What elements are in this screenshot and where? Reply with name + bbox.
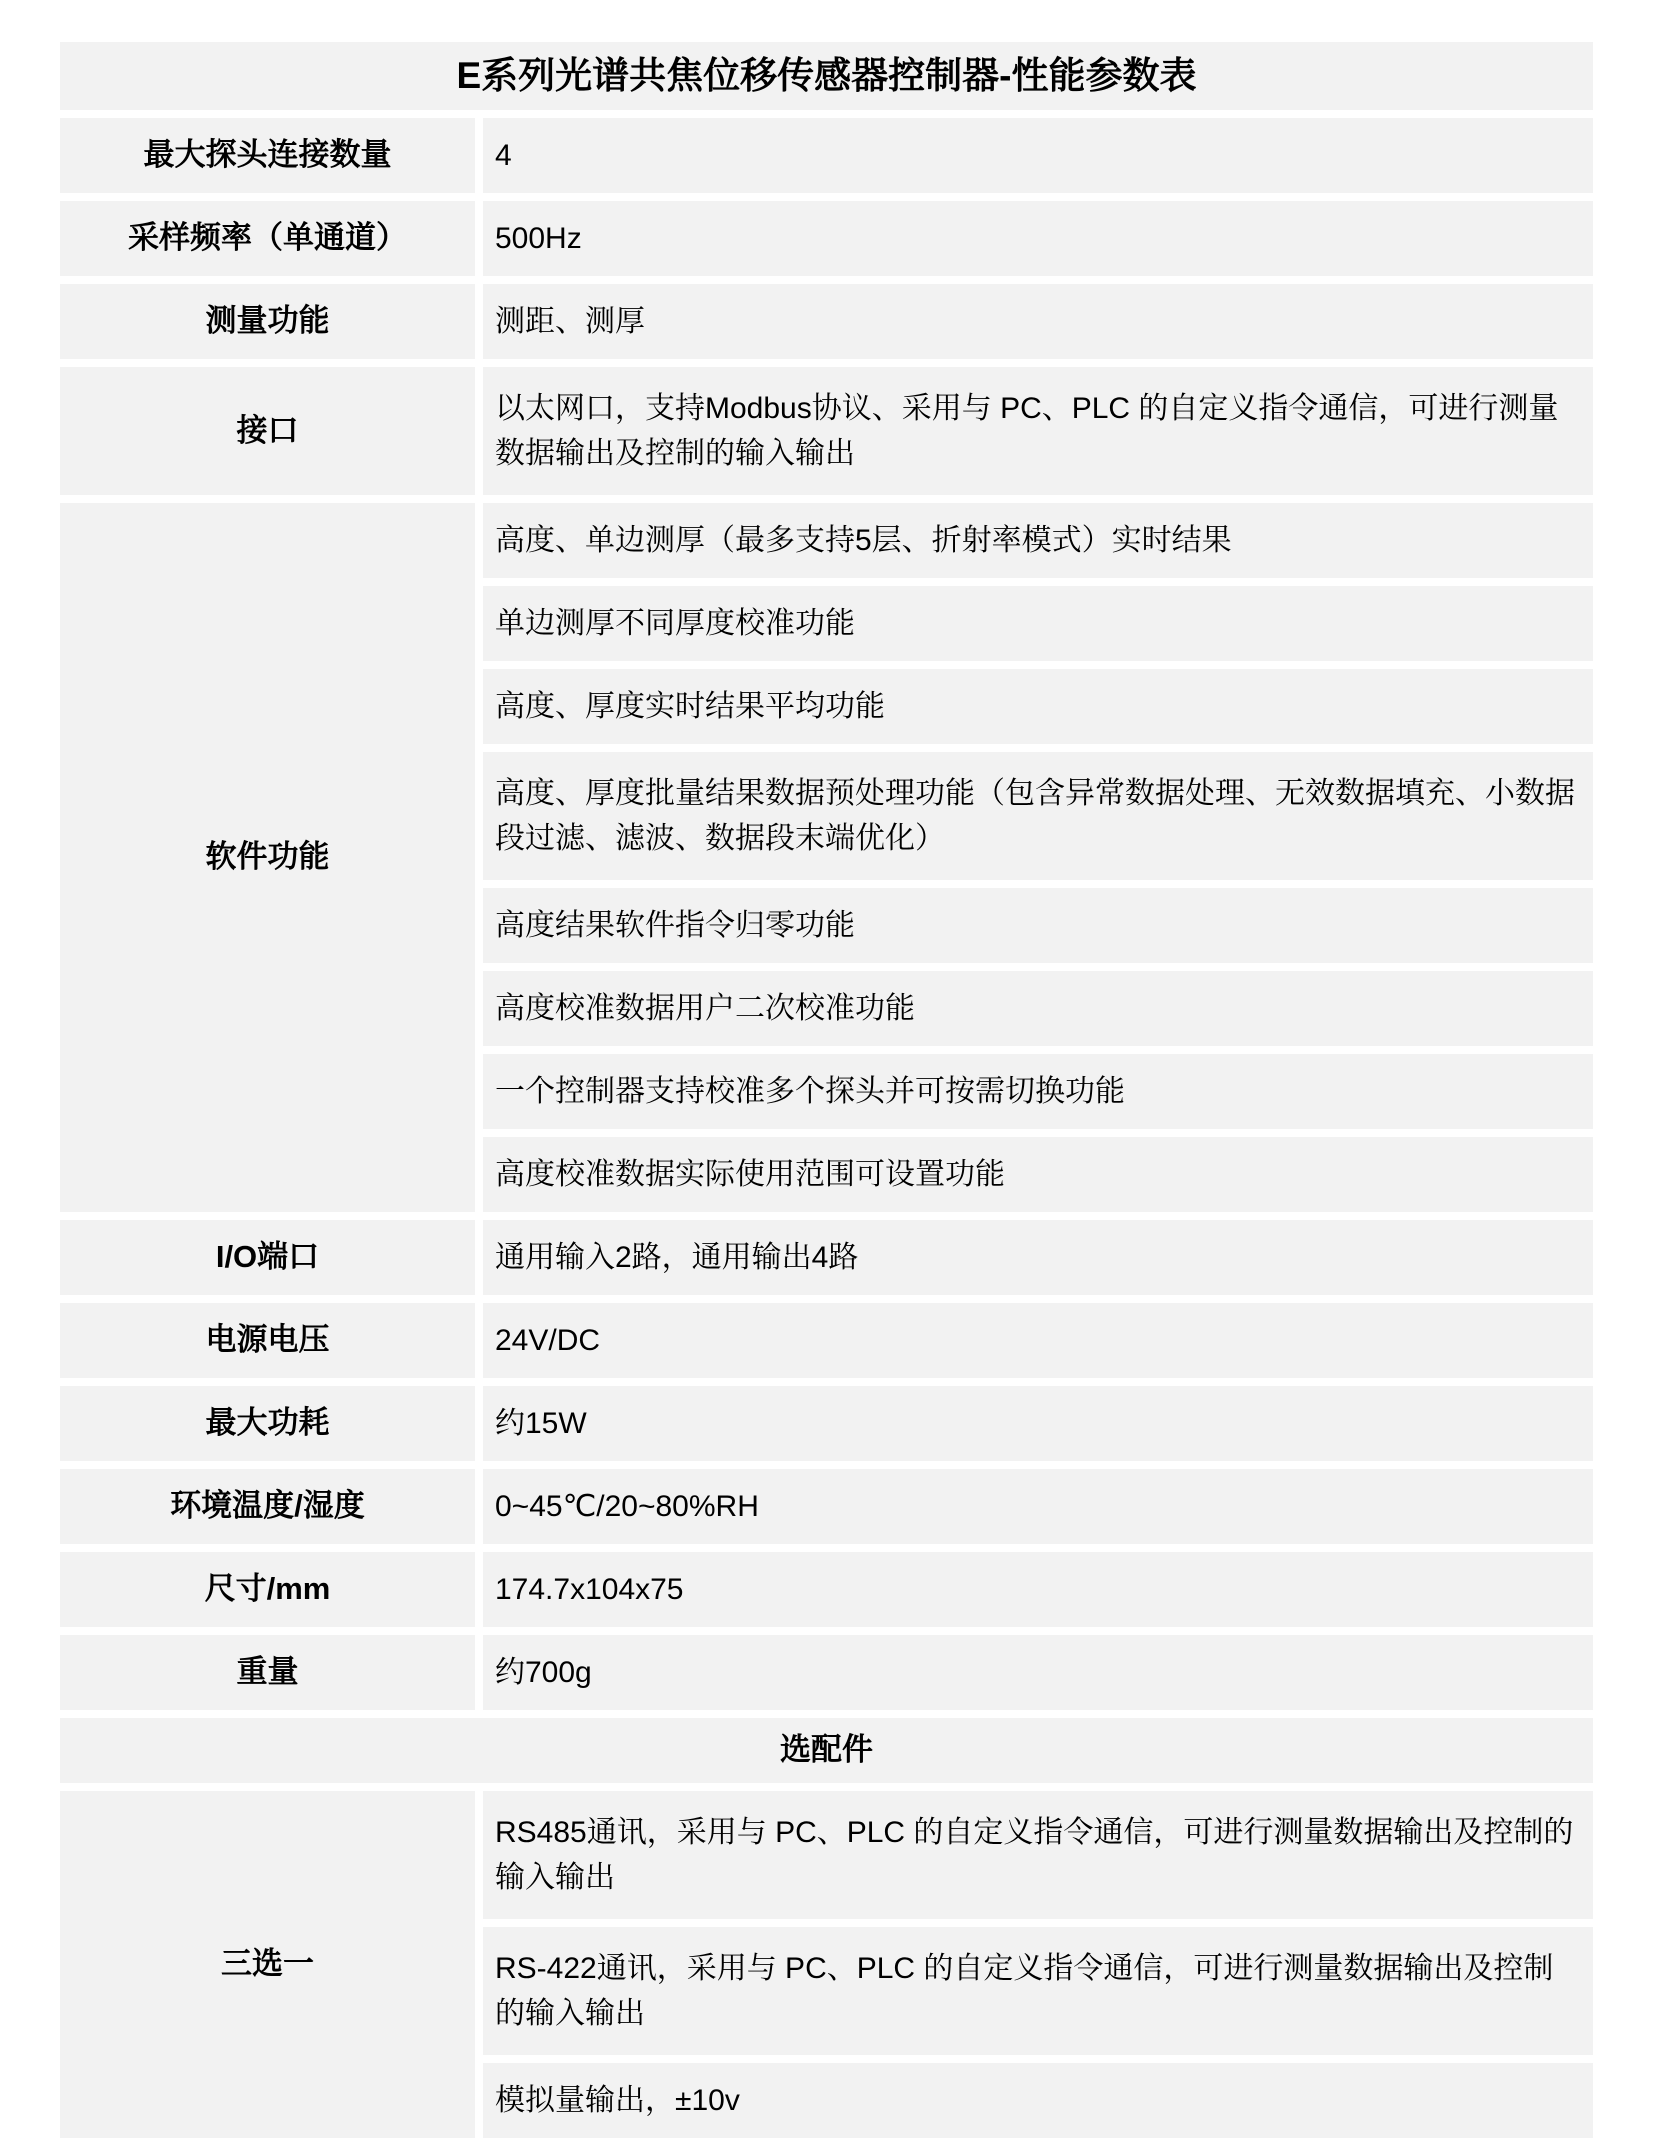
- option-item-analog-output: 模拟量输出，±10v: [483, 2063, 1593, 2138]
- software-feature-item: 高度、单边测厚（最多支持5层、折射率模式）实时结果: [483, 503, 1593, 578]
- accessories-header: 选配件: [60, 1718, 1593, 1783]
- row-label-sample-rate: 采样频率（单通道）: [60, 201, 475, 276]
- title-row: E系列光谱共焦位移传感器控制器-性能参数表: [60, 42, 1593, 110]
- row-label-three-choose-one: 三选一: [60, 1791, 475, 2138]
- table-row: 电源电压 24V/DC: [60, 1303, 1593, 1378]
- table-row: 测量功能 测距、测厚: [60, 284, 1593, 359]
- table-row: 环境温度/湿度 0~45℃/20~80%RH: [60, 1469, 1593, 1544]
- row-label-max-power: 最大功耗: [60, 1386, 475, 1461]
- option-item-rs485: RS485通讯，采用与 PC、PLC 的自定义指令通信，可进行测量数据输出及控制…: [483, 1791, 1593, 1919]
- software-feature-item: 高度、厚度实时结果平均功能: [483, 669, 1593, 744]
- row-value-supply-voltage: 24V/DC: [483, 1303, 1593, 1378]
- table-row: 软件功能 高度、单边测厚（最多支持5层、折射率模式）实时结果: [60, 503, 1593, 578]
- row-label-supply-voltage: 电源电压: [60, 1303, 475, 1378]
- spec-table: E系列光谱共焦位移传感器控制器-性能参数表 最大探头连接数量 4 采样频率（单通…: [52, 34, 1601, 2146]
- section-header-row: 选配件: [60, 1718, 1593, 1783]
- row-value-sample-rate: 500Hz: [483, 201, 1593, 276]
- software-feature-item: 高度校准数据实际使用范围可设置功能: [483, 1137, 1593, 1212]
- row-label-measure-functions: 测量功能: [60, 284, 475, 359]
- table-row: 最大功耗 约15W: [60, 1386, 1593, 1461]
- row-label-io-ports: I/O端口: [60, 1220, 475, 1295]
- row-value-weight: 约700g: [483, 1635, 1593, 1710]
- row-value-max-probes: 4: [483, 118, 1593, 193]
- option-item-rs422: RS-422通讯，采用与 PC、PLC 的自定义指令通信，可进行测量数据输出及控…: [483, 1927, 1593, 2055]
- software-feature-item: 高度校准数据用户二次校准功能: [483, 971, 1593, 1046]
- table-row: 最大探头连接数量 4: [60, 118, 1593, 193]
- row-value-dimensions: 174.7x104x75: [483, 1552, 1593, 1627]
- software-feature-item: 单边测厚不同厚度校准功能: [483, 586, 1593, 661]
- page-title: E系列光谱共焦位移传感器控制器-性能参数表: [60, 42, 1593, 110]
- table-row: 尺寸/mm 174.7x104x75: [60, 1552, 1593, 1627]
- row-value-measure-functions: 测距、测厚: [483, 284, 1593, 359]
- row-label-env-temp-humidity: 环境温度/湿度: [60, 1469, 475, 1544]
- software-feature-item: 一个控制器支持校准多个探头并可按需切换功能: [483, 1054, 1593, 1129]
- row-label-software-features: 软件功能: [60, 503, 475, 1212]
- table-row: I/O端口 通用输入2路，通用输出4路: [60, 1220, 1593, 1295]
- row-label-max-probes: 最大探头连接数量: [60, 118, 475, 193]
- row-label-dimensions: 尺寸/mm: [60, 1552, 475, 1627]
- row-value-max-power: 约15W: [483, 1386, 1593, 1461]
- software-feature-item: 高度结果软件指令归零功能: [483, 888, 1593, 963]
- table-row: 三选一 RS485通讯，采用与 PC、PLC 的自定义指令通信，可进行测量数据输…: [60, 1791, 1593, 1919]
- table-row: 接口 以太网口，支持Modbus协议、采用与 PC、PLC 的自定义指令通信，可…: [60, 367, 1593, 495]
- row-value-interface: 以太网口，支持Modbus协议、采用与 PC、PLC 的自定义指令通信，可进行测…: [483, 367, 1593, 495]
- software-feature-item: 高度、厚度批量结果数据预处理功能（包含异常数据处理、无效数据填充、小数据段过滤、…: [483, 752, 1593, 880]
- row-value-env-temp-humidity: 0~45℃/20~80%RH: [483, 1469, 1593, 1544]
- table-row: 重量 约700g: [60, 1635, 1593, 1710]
- table-row: 采样频率（单通道） 500Hz: [60, 201, 1593, 276]
- row-label-interface: 接口: [60, 367, 475, 495]
- row-value-io-ports: 通用输入2路，通用输出4路: [483, 1220, 1593, 1295]
- row-label-weight: 重量: [60, 1635, 475, 1710]
